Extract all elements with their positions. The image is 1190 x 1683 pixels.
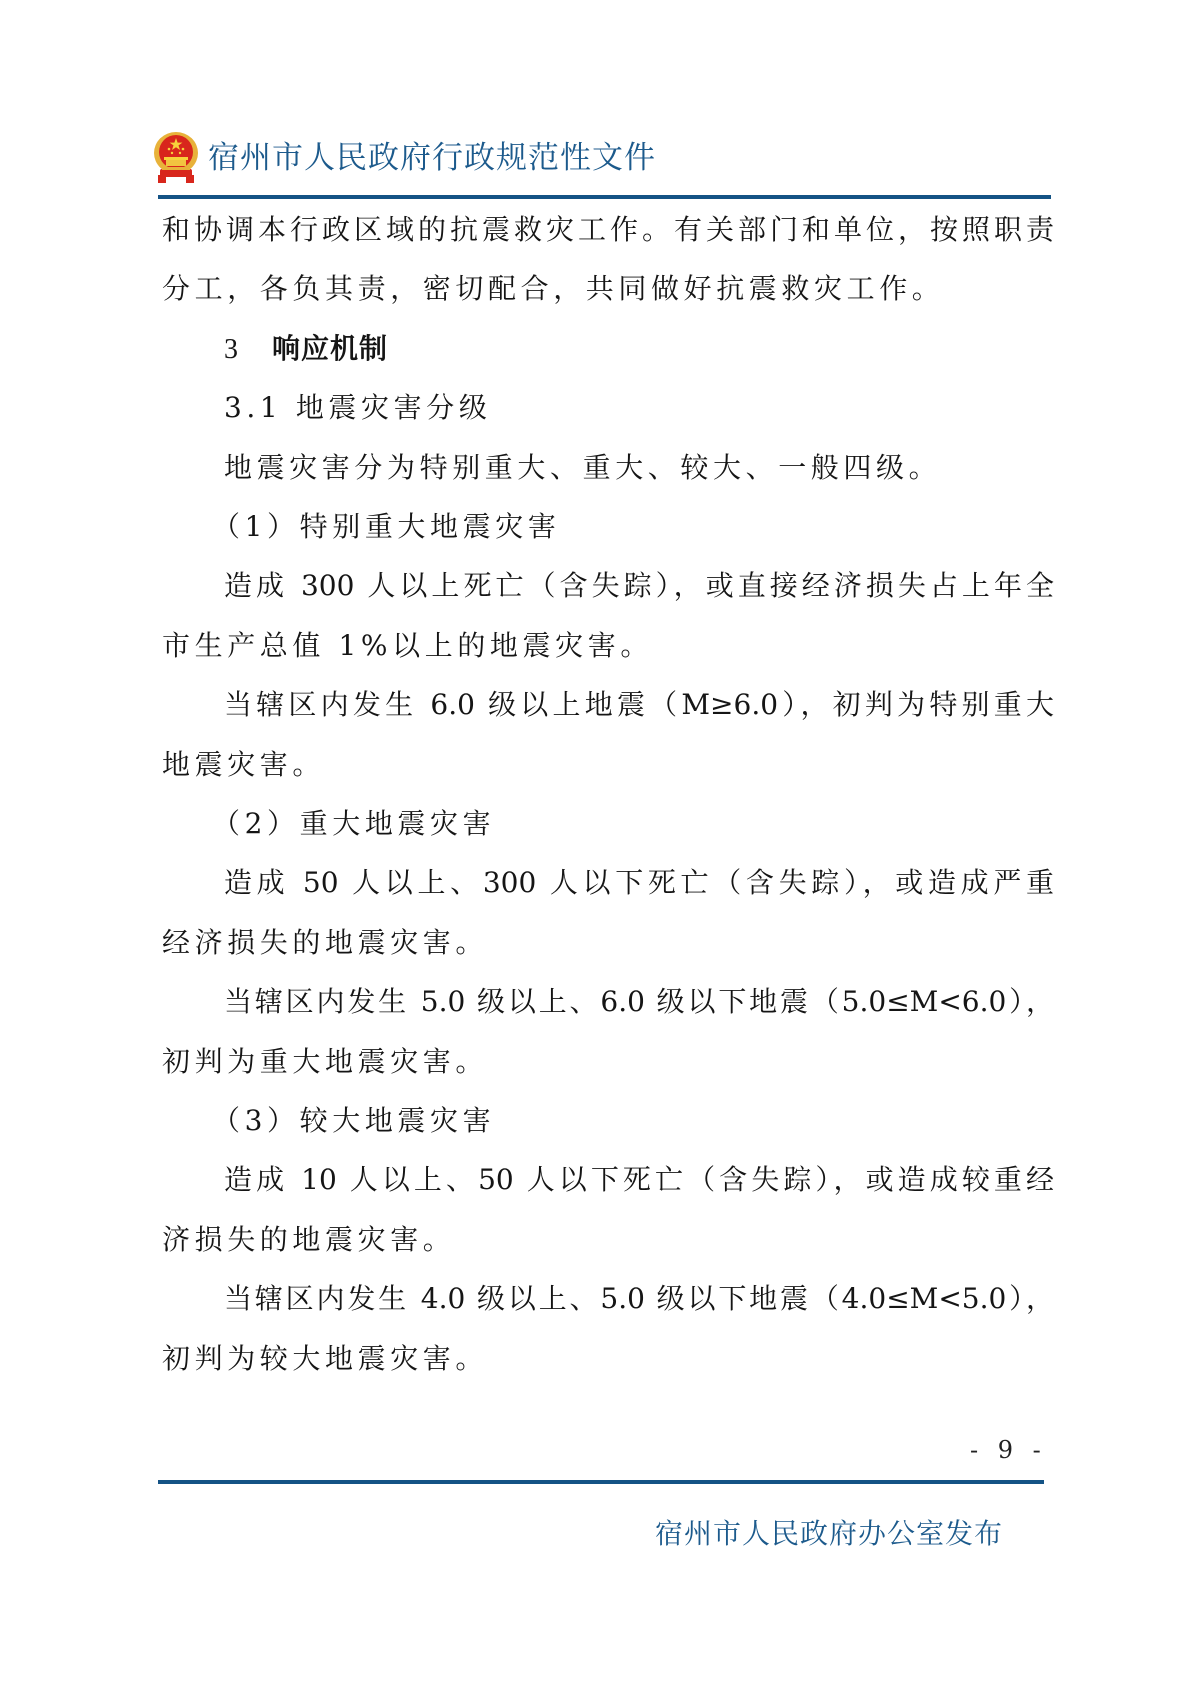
document-series-title: 宿州市人民政府行政规范性文件 xyxy=(208,143,656,174)
body-line: 3.1 地震灾害分级 xyxy=(224,388,491,428)
body-line: 造成 50 人以上、300 人以下死亡（含失踪），或造成严重 xyxy=(224,863,1054,903)
body-line: （2）重大地震灾害 xyxy=(212,804,495,844)
footer-publisher: 宿州市人民政府办公室发布 xyxy=(655,1512,1003,1552)
body-line: （1）特别重大地震灾害 xyxy=(212,507,560,547)
page-number: - 9 - xyxy=(970,1436,1047,1464)
body-line: 当辖区内发生 4.0 级以上、5.0 级以下地震（4.0≤M<5.0）， xyxy=(224,1279,1054,1319)
document-header: 宿州市人民政府行政规范性文件 xyxy=(152,130,656,186)
section-title: 响应机制 xyxy=(272,332,388,365)
national-emblem-icon xyxy=(152,131,200,185)
body-line: 济损失的地震灾害。 xyxy=(162,1220,455,1260)
body-line: 造成 10 人以上、50 人以下死亡（含失踪），或造成较重经 xyxy=(224,1160,1054,1200)
body-line: 地震灾害分为特别重大、重大、较大、一般四级。 xyxy=(224,448,941,488)
body-line: 当辖区内发生 5.0 级以上、6.0 级以下地震（5.0≤M<6.0）， xyxy=(224,982,1054,1022)
body-line: 造成 300 人以上死亡（含失踪），或直接经济损失占上年全 xyxy=(224,566,1054,606)
body-line: 经济损失的地震灾害。 xyxy=(162,923,488,963)
body-line: 分工，各负其责，密切配合，共同做好抗震救灾工作。 xyxy=(162,269,944,309)
header-divider xyxy=(158,195,1051,199)
footer-divider xyxy=(158,1480,1044,1484)
body-line: 初判为重大地震灾害。 xyxy=(162,1042,488,1082)
body-line: 当辖区内发生 6.0 级以上地震（M≥6.0），初判为特别重大 xyxy=(224,685,1054,725)
section-heading: 3响应机制 xyxy=(224,329,388,369)
body-line: 地震灾害。 xyxy=(162,745,325,785)
body-line: 和协调本行政区域的抗震救灾工作。有关部门和单位，按照职责 xyxy=(162,210,1054,250)
body-line: （3）较大地震灾害 xyxy=(212,1101,495,1141)
body-line: 初判为较大地震灾害。 xyxy=(162,1339,488,1379)
section-number: 3 xyxy=(224,330,272,370)
body-line: 市生产总值 1%以上的地震灾害。 xyxy=(162,626,653,666)
